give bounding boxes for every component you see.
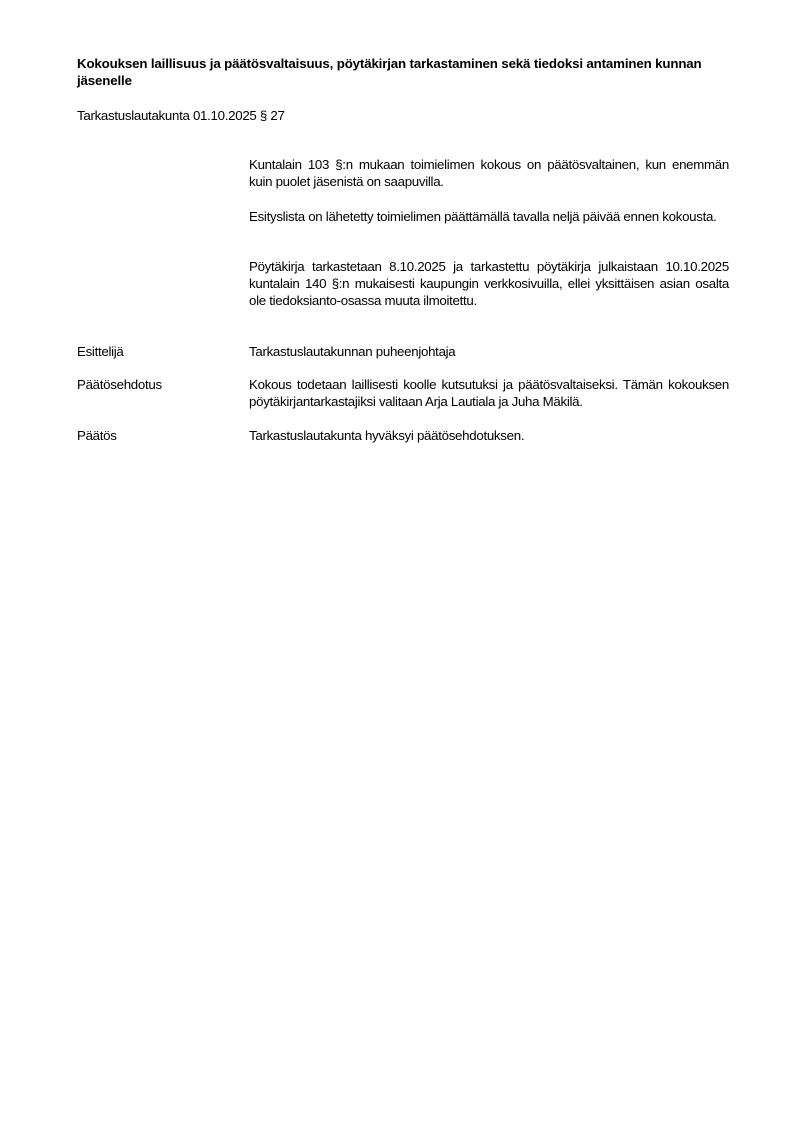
field-value: Tarkastuslautakunta hyväksyi päätösehdot… bbox=[249, 427, 729, 444]
paragraph-agenda: Esityslista on lähetetty toimielimen pää… bbox=[249, 208, 729, 225]
paragraph-quorum: Kuntalain 103 §:n mukaan toimielimen kok… bbox=[249, 156, 729, 190]
field-label: Päätösehdotus bbox=[77, 376, 247, 393]
field-label: Päätös bbox=[77, 427, 247, 444]
field-value: Tarkastuslautakunnan puheenjohtaja bbox=[249, 343, 729, 360]
document-title: Kokouksen laillisuus ja päätösvaltaisuus… bbox=[77, 55, 737, 89]
paragraph-minutes-review: Pöytäkirja tarkastetaan 8.10.2025 ja tar… bbox=[249, 258, 729, 309]
field-label: Esittelijä bbox=[77, 343, 247, 360]
field-value: Kokous todetaan laillisesti koolle kutsu… bbox=[249, 376, 729, 410]
meeting-reference: Tarkastuslautakunta 01.10.2025 § 27 bbox=[77, 107, 285, 124]
document-page: Kokouksen laillisuus ja päätösvaltaisuus… bbox=[0, 0, 794, 1122]
